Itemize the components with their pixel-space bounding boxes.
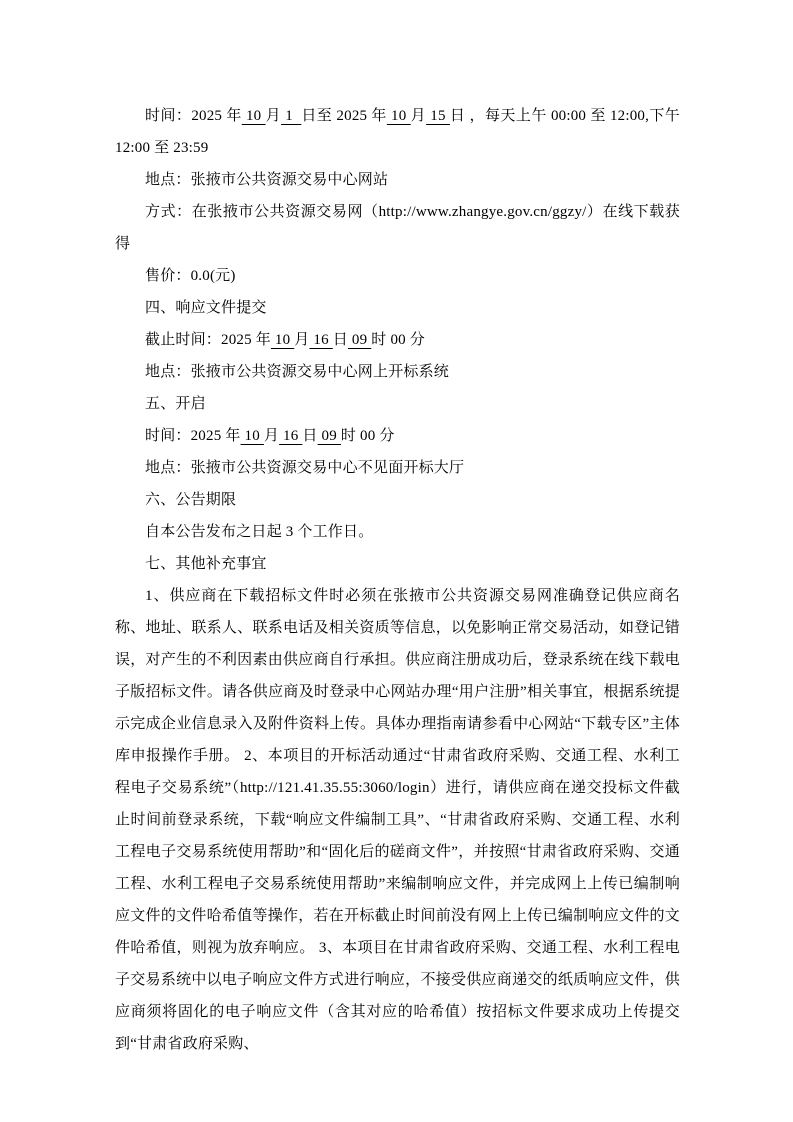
text-run: 月 <box>266 108 281 124</box>
text-run: 日至 2025 年 <box>301 108 387 124</box>
submission-location: 地点：张掖市公共资源交易中心网上开标系统 <box>115 356 680 388</box>
text-run: 地点：张掖市公共资源交易中心网站 <box>145 172 388 188</box>
blank-underline-field: 09 <box>318 428 341 444</box>
blank-underline-field: 16 <box>309 332 332 348</box>
text-run: 时 00 分 <box>371 332 425 348</box>
supplementary-notes: 1、供应商在下载招标文件时必须在张掖市公共资源交易网准确登记供应商名称、地址、联… <box>115 580 680 1060</box>
submission-deadline: 截止时间：2025 年 10 月 16 日 09 时 00 分 <box>115 324 680 356</box>
text-run: 七、其他补充事宜 <box>145 556 267 572</box>
section-6-heading: 六、公告期限 <box>115 484 680 516</box>
text-run: 日 <box>333 332 348 348</box>
file-obtain-location: 地点：张掖市公共资源交易中心网站 <box>115 164 680 196</box>
text-run: 月 <box>411 108 426 124</box>
opening-time: 时间：2025 年 10 月 16 日 09 时 00 分 <box>115 420 680 452</box>
blank-underline-field: 10 <box>241 428 264 444</box>
blank-underline-field: 10 <box>242 108 266 124</box>
text-run: 六、公告期限 <box>145 492 236 508</box>
blank-underline-field: 15 <box>426 108 450 124</box>
file-price: 售价：0.0(元) <box>115 260 680 292</box>
text-run: 自本公告发布之日起 3 个工作日。 <box>145 524 373 540</box>
text-run: 日 <box>302 428 317 444</box>
text-run: 地点：张掖市公共资源交易中心不见面开标大厅 <box>145 460 464 476</box>
blank-underline-field: 1 <box>281 108 301 124</box>
text-run: 时间：2025 年 <box>145 108 242 124</box>
file-obtain-method: 方式：在张掖市公共资源交易网（http://www.zhangye.gov.cn… <box>115 196 680 260</box>
file-obtain-time: 时间：2025 年 10 月 1 日至 2025 年 10 月 15 日 ，每天… <box>115 100 680 164</box>
blank-underline-field: 10 <box>387 108 411 124</box>
blank-underline-field: 10 <box>271 332 294 348</box>
text-run: 售价：0.0(元) <box>145 268 236 284</box>
text-run: 月 <box>294 332 309 348</box>
document-body: 时间：2025 年 10 月 1 日至 2025 年 10 月 15 日 ，每天… <box>0 0 793 1060</box>
text-run: 方式：在张掖市公共资源交易网（http://www.zhangye.gov.cn… <box>115 204 680 252</box>
section-4-heading: 四、响应文件提交 <box>115 292 680 324</box>
text-run: 时 00 分 <box>341 428 395 444</box>
section-5-heading: 五、开启 <box>115 388 680 420</box>
announcement-period: 自本公告发布之日起 3 个工作日。 <box>115 516 680 548</box>
section-7-heading: 七、其他补充事宜 <box>115 548 680 580</box>
opening-location: 地点：张掖市公共资源交易中心不见面开标大厅 <box>115 452 680 484</box>
blank-underline-field: 16 <box>279 428 302 444</box>
text-run: 月 <box>264 428 279 444</box>
text-run: 截止时间：2025 年 <box>145 332 271 348</box>
text-run: 1、供应商在下载招标文件时必须在张掖市公共资源交易网准确登记供应商名称、地址、联… <box>115 588 680 1052</box>
document-page: 时间：2025 年 10 月 1 日至 2025 年 10 月 15 日 ，每天… <box>0 0 793 1122</box>
text-run: 时间：2025 年 <box>145 428 241 444</box>
text-run: 五、开启 <box>145 396 206 412</box>
text-run: 四、响应文件提交 <box>145 300 267 316</box>
blank-underline-field: 09 <box>348 332 371 348</box>
text-run: 地点：张掖市公共资源交易中心网上开标系统 <box>145 364 449 380</box>
